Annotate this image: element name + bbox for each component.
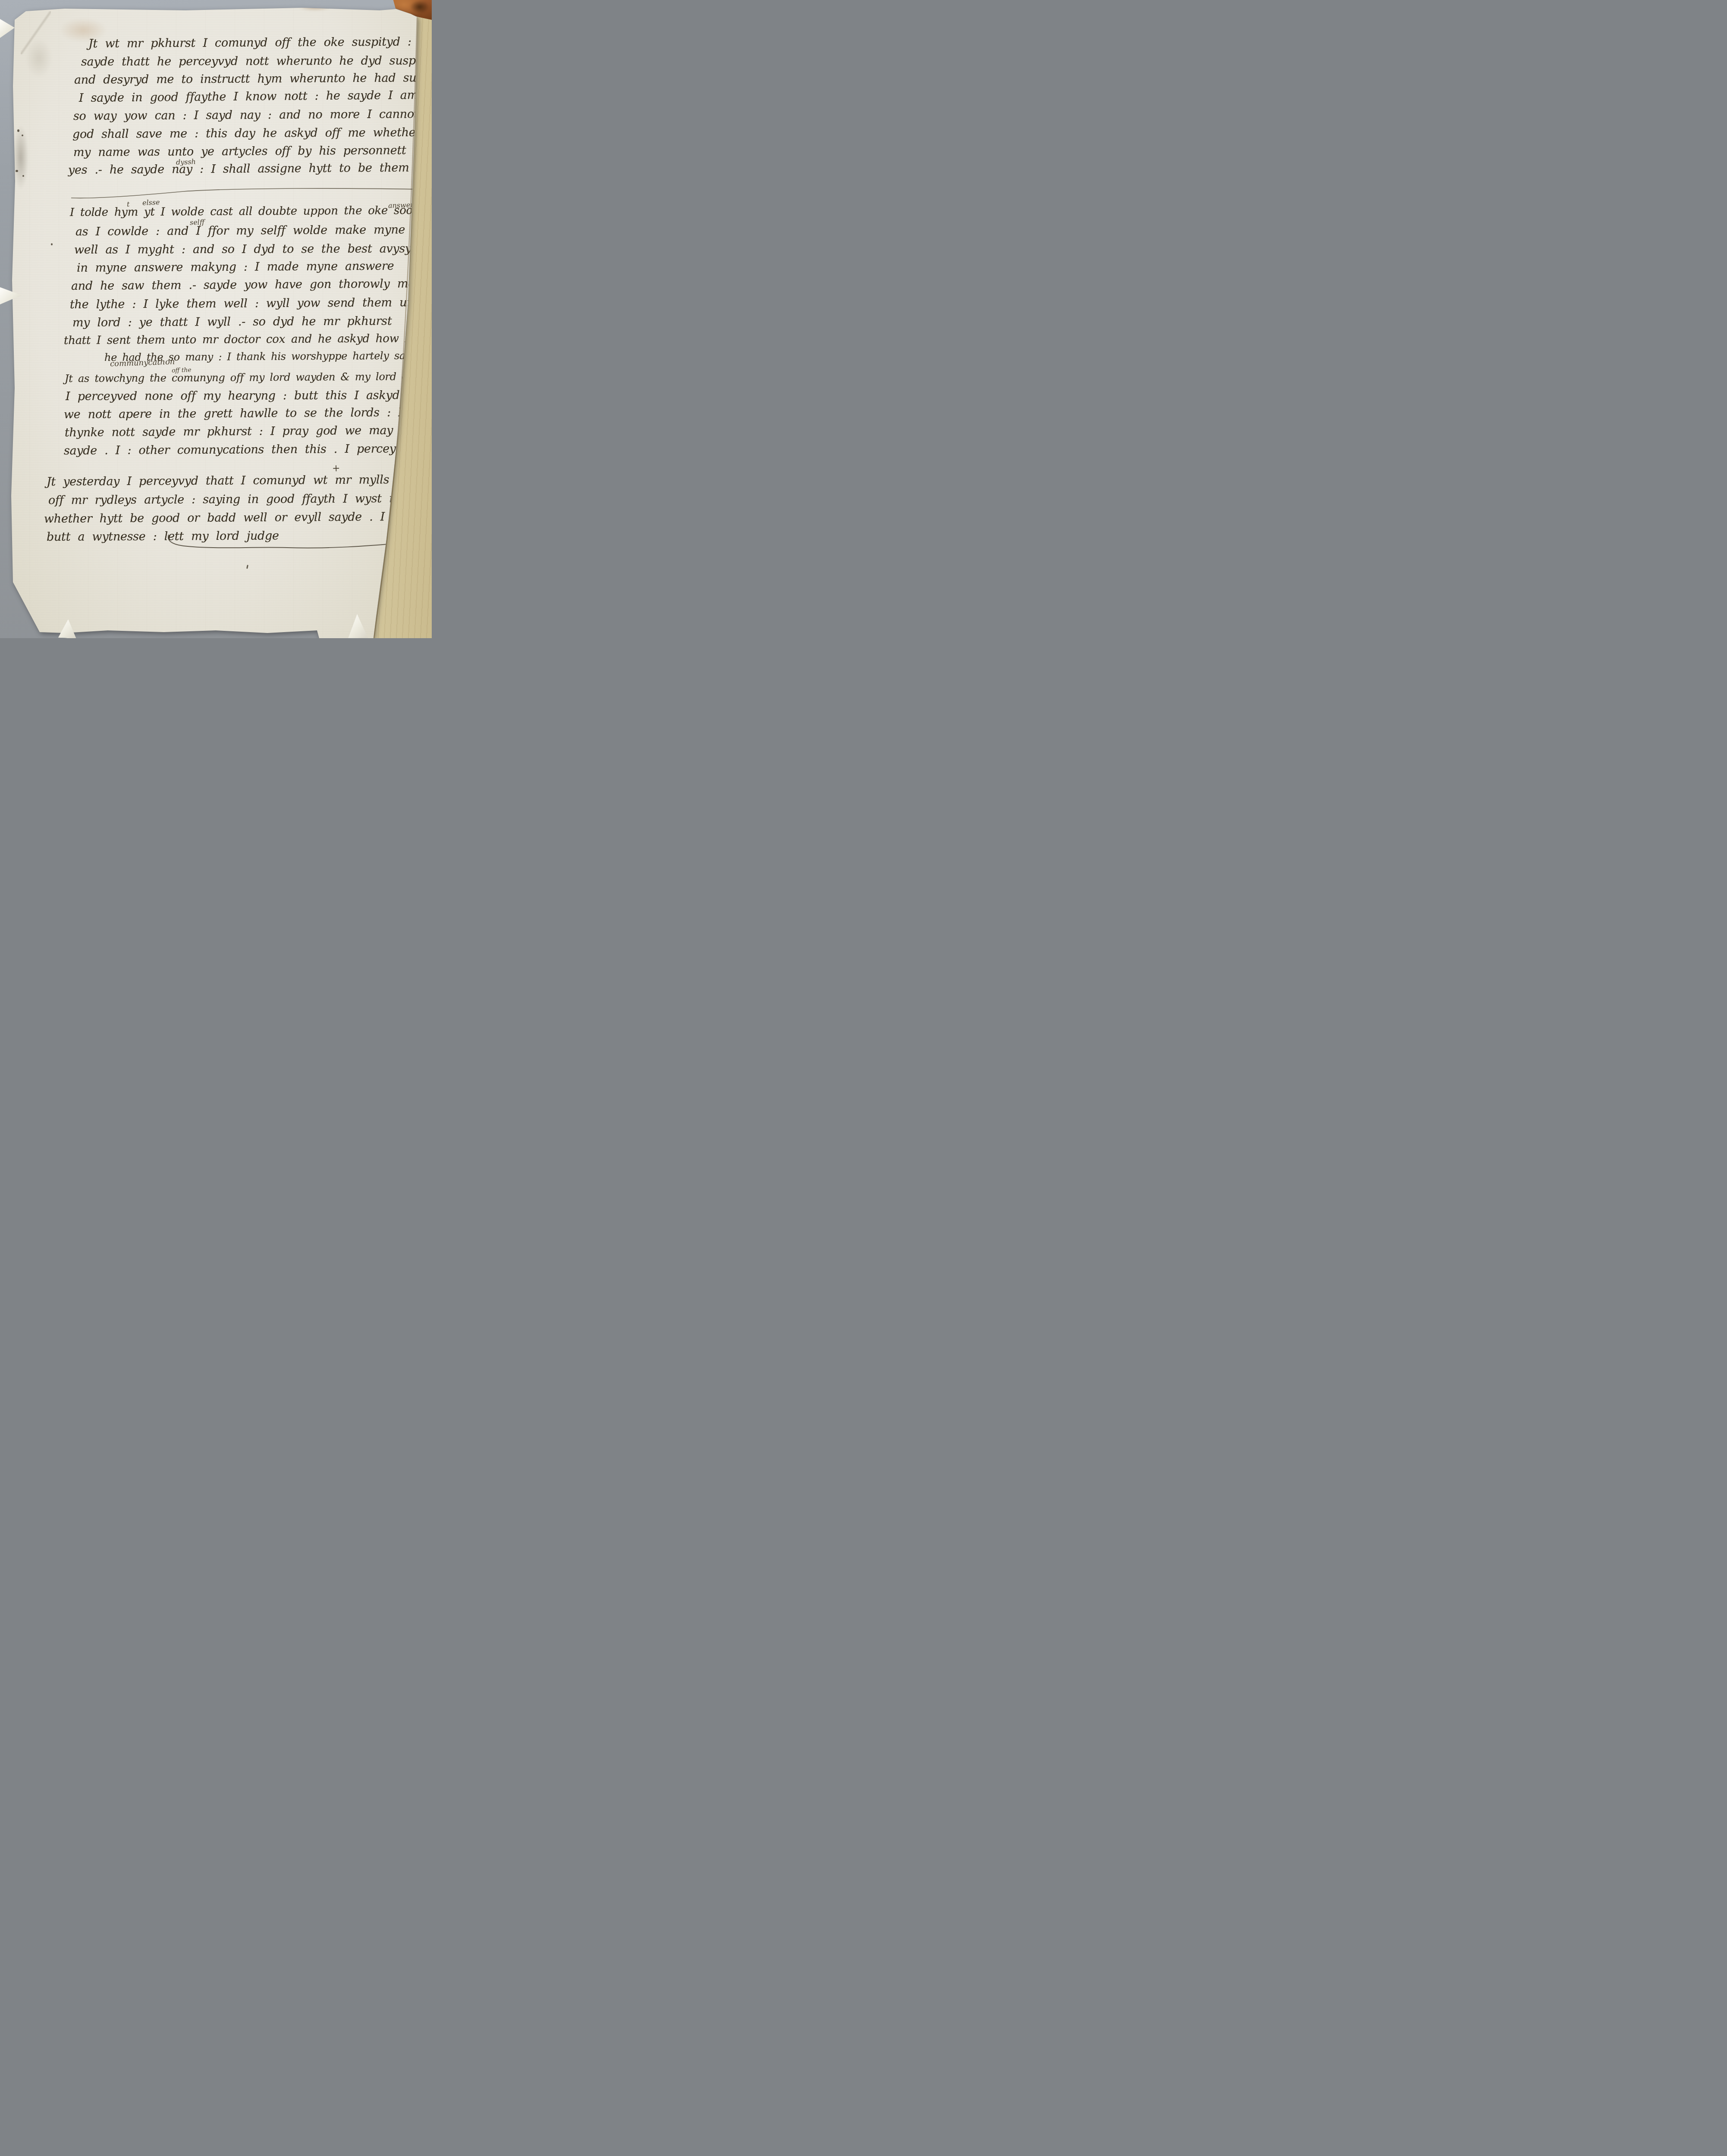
page-fold-crease (0, 0, 432, 638)
photograph-stage: Jt wt mr pkhurst I comunyd off the oke s… (0, 0, 432, 638)
